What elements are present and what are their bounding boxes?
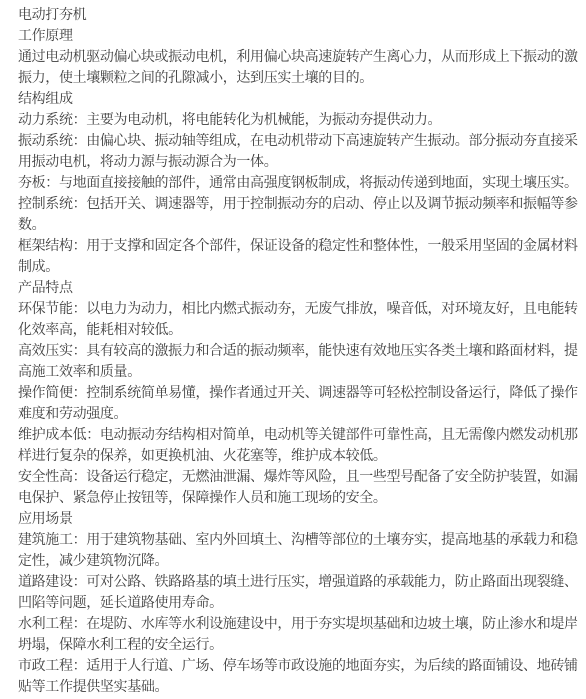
paragraph: 维护成本低：电动振动夯结构相对简单，电动机等关键部件可靠性高，且无需像内燃发动机… xyxy=(18,424,580,466)
paragraph: 动力系统：主要为电动机，将电能转化为机械能，为振动夯提供动力。 xyxy=(18,109,580,130)
paragraph: 建筑施工：用于建筑物基础、室内外回填土、沟槽等部位的土壤夯实，提高地基的承载力和… xyxy=(18,529,580,571)
paragraph: 夯板：与地面直接接触的部件，通常由高强度钢板制成，将振动传递到地面，实现土壤压实… xyxy=(18,172,580,193)
section-heading-structure: 结构组成 xyxy=(18,88,580,109)
paragraph: 水利工程：在堤防、水库等水利设施建设中，用于夯实堤坝基础和边坡土壤，防止渗水和堤… xyxy=(18,613,580,655)
paragraph: 道路建设：可对公路、铁路路基的填土进行压实，增强道路的承载能力，防止路面出现裂缝… xyxy=(18,571,580,613)
paragraph: 控制系统：包括开关、调速器等，用于控制振动夯的启动、停止以及调节振动频率和振幅等… xyxy=(18,193,580,235)
paragraph: 操作简便：控制系统简单易懂，操作者通过开关、调速器等可轻松控制设备运行，降低了操… xyxy=(18,382,580,424)
section-heading-working-principle: 工作原理 xyxy=(18,25,580,46)
paragraph: 环保节能：以电力为动力，相比内燃式振动夯，无废气排放，噪音低，对环境友好，且电能… xyxy=(18,298,580,340)
doc-title: 电动打夯机 xyxy=(18,4,580,25)
paragraph: 振动系统：由偏心块、振动轴等组成，在电动机带动下高速旋转产生振动。部分振动夯直接… xyxy=(18,130,580,172)
section-heading-features: 产品特点 xyxy=(18,277,580,298)
section-heading-applications: 应用场景 xyxy=(18,508,580,529)
paragraph: 市政工程：适用于人行道、广场、停车场等市政设施的地面夯实，为后续的路面铺设、地砖… xyxy=(18,655,580,697)
paragraph: 高效压实：具有较高的激振力和合适的振动频率，能快速有效地压实各类土壤和路面材料，… xyxy=(18,340,580,382)
document-page: 电动打夯机 工作原理 通过电动机驱动偏心块或振动电机，利用偏心块高速旋转产生离心… xyxy=(0,0,586,699)
paragraph: 安全性高：设备运行稳定，无燃油泄漏、爆炸等风险，且一些型号配备了安全防护装置，如… xyxy=(18,466,580,508)
paragraph: 通过电动机驱动偏心块或振动电机，利用偏心块高速旋转产生离心力，从而形成上下振动的… xyxy=(18,46,580,88)
paragraph: 框架结构：用于支撑和固定各个部件，保证设备的稳定性和整体性，一般采用坚固的金属材… xyxy=(18,235,580,277)
